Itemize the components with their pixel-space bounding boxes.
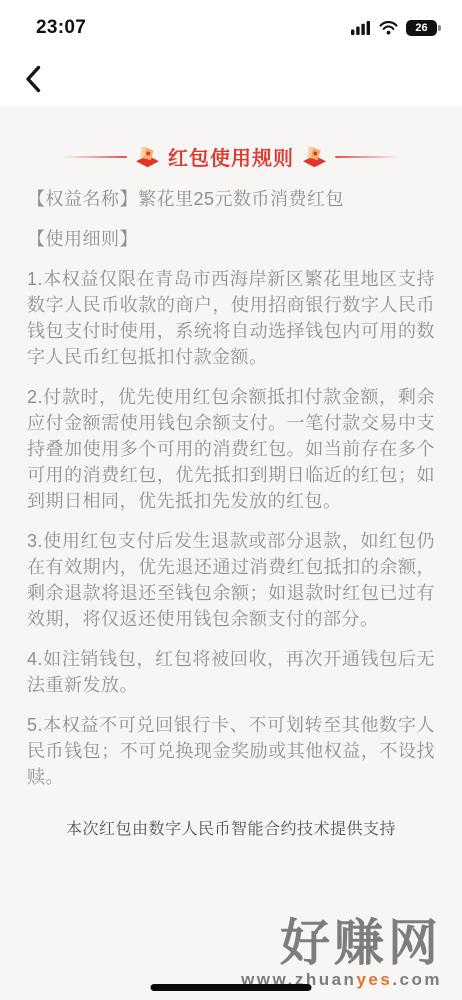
back-icon: [25, 65, 41, 93]
rule-paragraph-5: 5.本权益不可兑回银行卡、不可划转至其他数字人民币钱包；不可兑换现金奖励或其他权…: [27, 712, 435, 790]
phone-screen: 23:07 26: [0, 0, 462, 1000]
watermark-site-name: 好赚网: [241, 918, 442, 968]
red-packet-icon: [134, 143, 161, 170]
rule-paragraph-2: 2.付款时，优先使用红包余额抵扣付款金额，剩余应付金额需使用钱包余额支付。一笔付…: [27, 384, 435, 514]
battery-icon: 26: [406, 20, 437, 36]
status-icons: 26: [351, 16, 437, 36]
rule-paragraph-3: 3.使用红包支付后发生退款或部分退款，如红包仍在有效期内，优先退还通过消费红包抵…: [27, 528, 435, 632]
watermark-url-highlight: yes: [356, 970, 392, 989]
title-divider-right: [335, 156, 401, 158]
watermark-url-suffix: .com: [392, 970, 442, 989]
detail-heading: 【使用细则】: [27, 226, 435, 252]
page-title: 红包使用规则: [168, 142, 294, 171]
wifi-icon: [379, 21, 398, 35]
cellular-signal-icon: [351, 21, 371, 35]
rule-paragraph-4: 4.如注销钱包，红包将被回收，再次开通钱包后无法重新发放。: [27, 646, 435, 698]
red-packet-icon: [301, 143, 328, 170]
status-bar: 23:07 26: [0, 0, 462, 52]
rules-card: 红包使用规则 【权益名称】繁花里25元数币消费红包 【使用细则】 1.本权益仅限…: [0, 142, 462, 839]
nav-bar: [0, 52, 462, 106]
rules-title-row: 红包使用规则: [27, 142, 435, 171]
back-button[interactable]: [25, 62, 59, 96]
status-time: 23:07: [36, 13, 86, 39]
battery-percent: 26: [415, 23, 427, 34]
title-divider-left: [61, 156, 127, 158]
support-note: 本次红包由数字人民币智能合约技术提供支持: [27, 816, 435, 839]
battery-nub: [438, 25, 441, 31]
rule-paragraph-1: 1.本权益仅限在青岛市西海岸新区繁花里地区支持数字人民币收款的商户，使用招商银行…: [27, 266, 435, 370]
benefit-name-line: 【权益名称】繁花里25元数币消费红包: [27, 186, 435, 212]
home-indicator[interactable]: [151, 984, 312, 991]
watermark: 好赚网 www.zhuanyes.com: [241, 918, 442, 988]
